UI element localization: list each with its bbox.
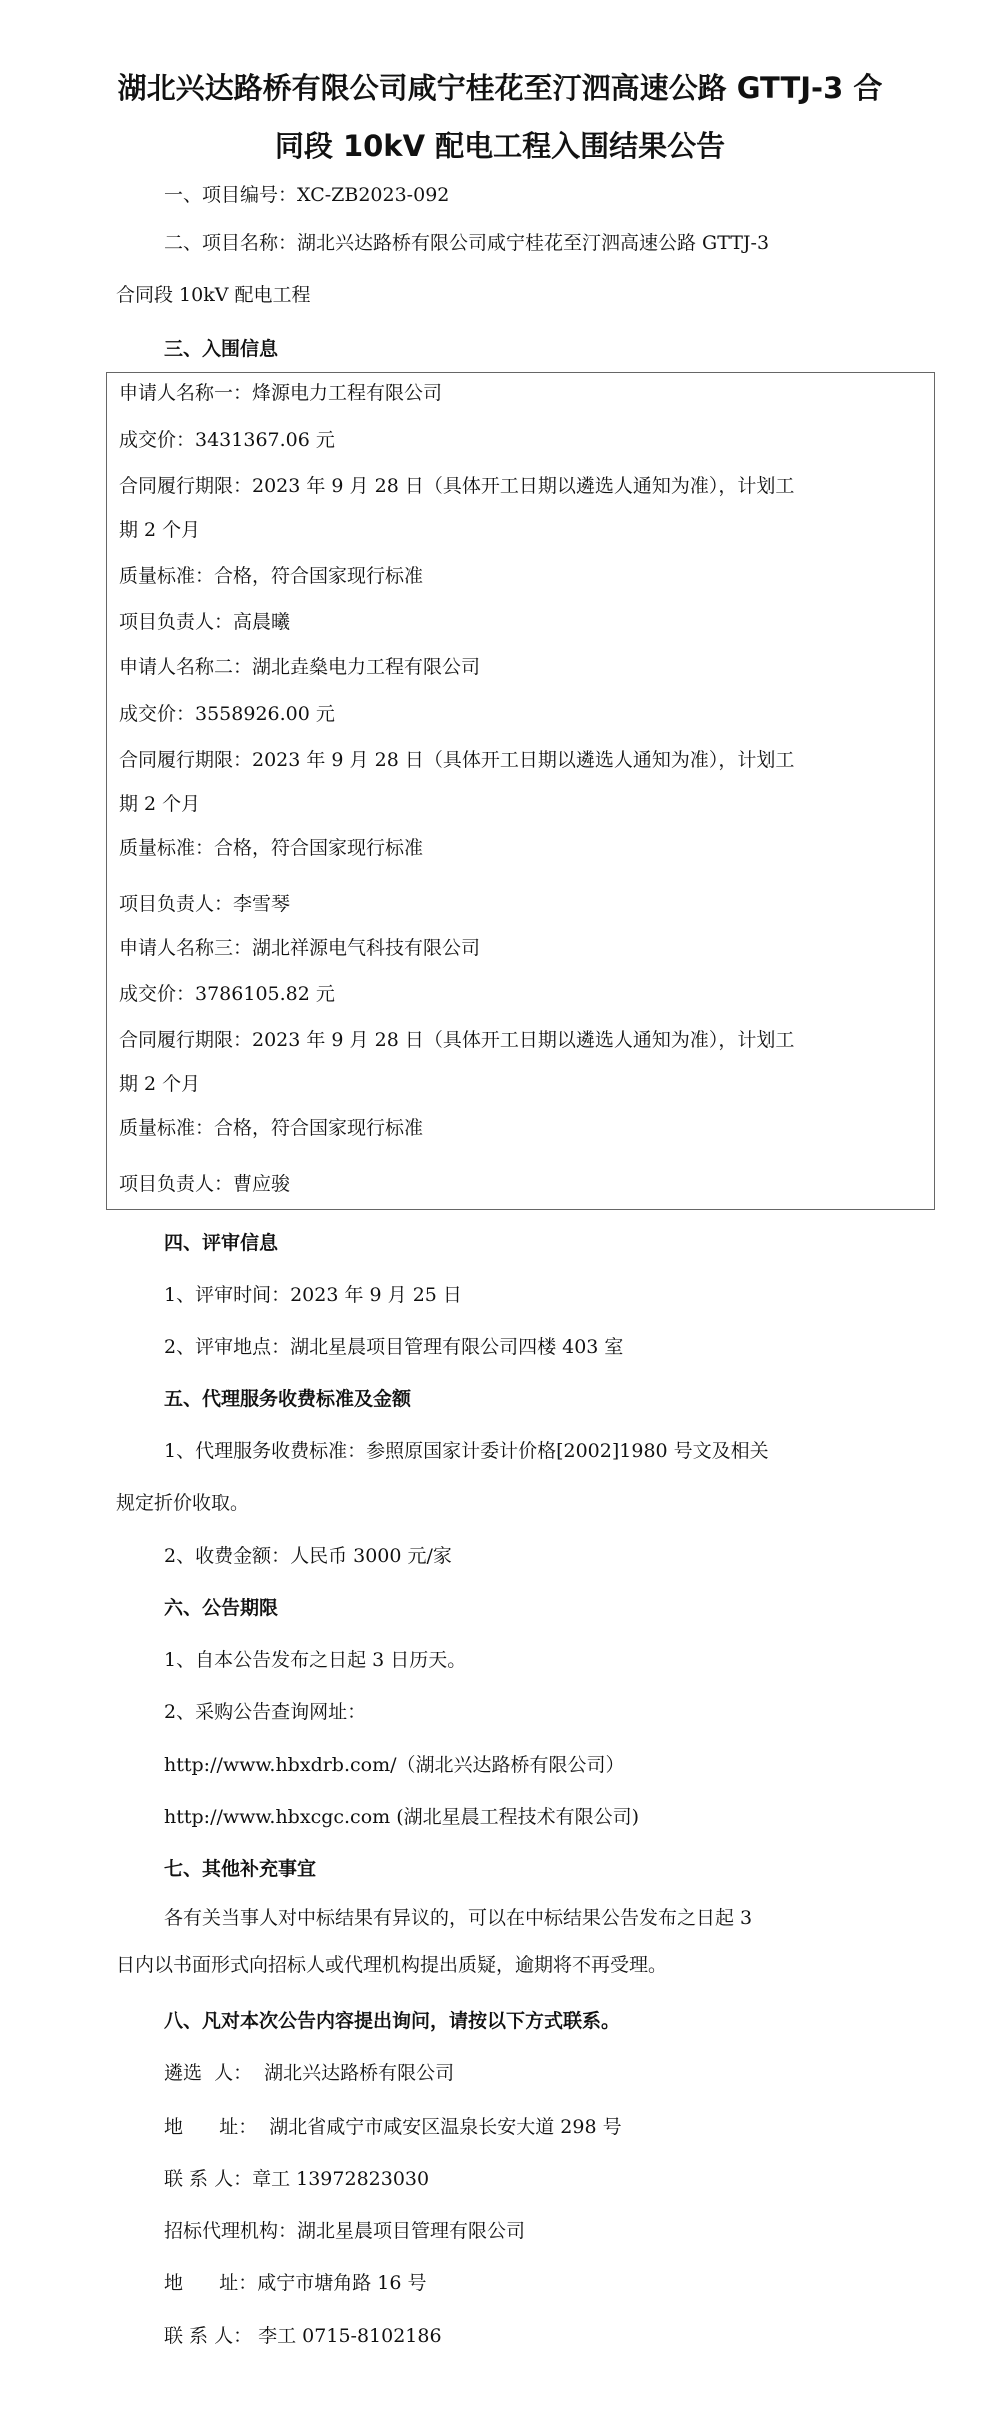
query-url-1: http://www.hbxdrb.com/（湖北兴达路桥有限公司） (164, 1750, 625, 1777)
project-name-value: 湖北兴达路桥有限公司咸宁桂花至汀泗高速公路 GTTJ-3 (297, 232, 769, 254)
applicant-2-price: 成交价：3558926.00 元 (119, 699, 335, 726)
selector-row: 遴选 人：湖北兴达路桥有限公司 (164, 2058, 454, 2085)
applicant-2-name: 申请人名称二：湖北垚燊电力工程有限公司 (119, 652, 480, 679)
agency-value: 湖北星晨项目管理有限公司 (297, 2220, 525, 2242)
project-number-value: XC-ZB2023-092 (297, 184, 449, 206)
project-name: 二、项目名称：湖北兴达路桥有限公司咸宁桂花至汀泗高速公路 GTTJ-3 (164, 228, 769, 255)
project-name-label: 二、项目名称： (164, 232, 297, 254)
address-1-value: 湖北省咸宁市咸安区温泉长安大道 298 号 (269, 2116, 621, 2138)
url-link-2[interactable]: http://www.hbxcgc.com (164, 1806, 390, 1828)
applicant-1-manager: 项目负责人：高晨曦 (119, 607, 290, 634)
agency-row: 招标代理机构：湖北星晨项目管理有限公司 (164, 2216, 525, 2243)
project-number-label: 一、项目编号： (164, 184, 297, 206)
address-2-label: 地 址： (164, 2272, 257, 2294)
selector-label: 遴选 人： (164, 2062, 252, 2084)
project-number: 一、项目编号：XC-ZB2023-092 (164, 180, 449, 207)
query-urls-label: 2、采购公告查询网址： (164, 1697, 366, 1724)
fee-amount: 2、收费金额：人民币 3000 元/家 (164, 1541, 452, 1568)
objection-text: 各有关当事人对中标结果有异议的，可以在中标结果公告发布之日起 3 (164, 1903, 752, 1930)
applicant-3-period-cont: 期 2 个月 (119, 1069, 200, 1096)
query-url-2: http://www.hbxcgc.com (湖北星晨工程技术有限公司) (164, 1802, 639, 1829)
fee-standard: 1、代理服务收费标准：参照原国家计委计价格[2002]1980 号文及相关 (164, 1436, 769, 1463)
section-5-heading: 五、代理服务收费标准及金额 (164, 1384, 411, 1411)
applicant-1-period-cont: 期 2 个月 (119, 515, 200, 542)
contact-2-label: 联 系 人： (164, 2325, 252, 2347)
applicant-3-name: 申请人名称三：湖北祥源电气科技有限公司 (119, 933, 480, 960)
objection-text-cont: 日内以书面形式向招标人或代理机构提出质疑，逾期将不再受理。 (116, 1950, 667, 1977)
document-title-line-1: 湖北兴达路桥有限公司咸宁桂花至汀泗高速公路 GTTJ-3 合 (0, 66, 1000, 107)
document-title-line-2: 同段 10kV 配电工程入围结果公告 (0, 124, 1000, 165)
address-1-label: 地 址： (164, 2116, 257, 2138)
applicant-2-period-cont: 期 2 个月 (119, 789, 200, 816)
url-note-2: (湖北星晨工程技术有限公司) (390, 1806, 639, 1828)
section-4-heading: 四、评审信息 (164, 1228, 278, 1255)
notice-period: 1、自本公告发布之日起 3 日历天。 (164, 1645, 466, 1672)
contact-2-row: 联 系 人： 李工 0715-8102186 (164, 2321, 442, 2348)
review-time: 1、评审时间：2023 年 9 月 25 日 (164, 1280, 462, 1307)
applicant-1-quality: 质量标准：合格，符合国家现行标准 (119, 561, 423, 588)
applicant-2-manager: 项目负责人：李雪琴 (119, 889, 290, 916)
project-name-cont: 合同段 10kV 配电工程 (116, 280, 311, 307)
applicant-1-period: 合同履行期限：2023 年 9 月 28 日（具体开工日期以遴选人通知为准），计… (119, 471, 794, 498)
applicant-3-quality: 质量标准：合格，符合国家现行标准 (119, 1113, 423, 1140)
contact-1-row: 联 系 人：章工 13972823030 (164, 2164, 429, 2191)
address-2-value: 咸宁市塘角路 16 号 (257, 2272, 426, 2294)
applicant-1-price: 成交价：3431367.06 元 (119, 425, 335, 452)
fee-standard-cont: 规定折价收取。 (116, 1488, 249, 1515)
applicant-2-period: 合同履行期限：2023 年 9 月 28 日（具体开工日期以遴选人通知为准），计… (119, 745, 794, 772)
applicant-3-manager: 项目负责人：曹应骏 (119, 1169, 290, 1196)
url-note-1: （湖北兴达路桥有限公司） (397, 1754, 625, 1776)
contact-1-label: 联 系 人： (164, 2168, 252, 2190)
section-3-heading: 三、入围信息 (164, 334, 278, 361)
review-location: 2、评审地点：湖北星晨项目管理有限公司四楼 403 室 (164, 1332, 623, 1359)
section-8-heading: 八、凡对本次公告内容提出询问，请按以下方式联系。 (164, 2006, 620, 2033)
applicant-2-quality: 质量标准：合格，符合国家现行标准 (119, 833, 423, 860)
address-1-row: 地 址：湖北省咸宁市咸安区温泉长安大道 298 号 (164, 2112, 622, 2139)
applicant-3-price: 成交价：3786105.82 元 (119, 979, 335, 1006)
applicant-3-period: 合同履行期限：2023 年 9 月 28 日（具体开工日期以遴选人通知为准），计… (119, 1025, 794, 1052)
section-6-heading: 六、公告期限 (164, 1593, 278, 1620)
address-2-row: 地 址：咸宁市塘角路 16 号 (164, 2268, 427, 2295)
url-link-1[interactable]: http://www.hbxdrb.com/ (164, 1754, 397, 1776)
contact-1-value: 章工 13972823030 (252, 2168, 429, 2190)
contact-2-value: 李工 0715-8102186 (252, 2325, 441, 2347)
section-7-heading: 七、其他补充事宜 (164, 1854, 316, 1881)
agency-label: 招标代理机构： (164, 2220, 297, 2242)
shortlist-info-box: 申请人名称一：烽源电力工程有限公司 成交价：3431367.06 元 合同履行期… (106, 372, 935, 1210)
selector-value: 湖北兴达路桥有限公司 (264, 2062, 454, 2084)
applicant-1-name: 申请人名称一：烽源电力工程有限公司 (119, 378, 442, 405)
